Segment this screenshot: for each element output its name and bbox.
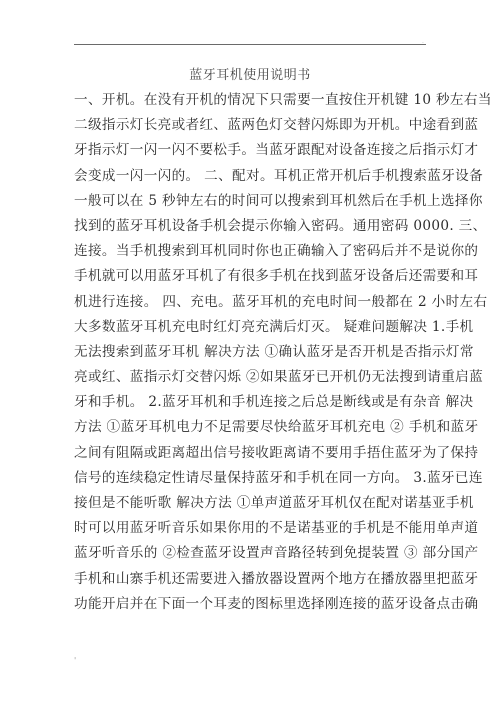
text-line: 信号的连续稳定性请尽量保持蓝牙和手机在同一方向。 3.蓝牙已连 [74, 466, 430, 491]
footer-mark: ' [74, 656, 76, 665]
text-line: 大多数蓝牙耳机充电时红灯亮充满后灯灭。 疑难问题解决 1.手机 [74, 315, 430, 340]
text-line: 时可以用蓝牙听音乐如果你用的不是诺基亚的手机是不能用单声道 [74, 516, 430, 541]
text-line: 方法 ①蓝牙耳机电力不足需要尽快给蓝牙耳机充电 ② 手机和蓝牙 [74, 415, 430, 440]
document-body: 一、开机。在没有开机的情况下只需要一直按住开机键 10 秒左右当 二级指示灯长亮… [74, 88, 430, 617]
text-line: 机进行连接。 四、充电。蓝牙耳机的充电时间一般都在 2 小时左右 [74, 290, 430, 315]
text-line: 一、开机。在没有开机的情况下只需要一直按住开机键 10 秒左右当 [74, 88, 430, 113]
header-mark: . [422, 38, 424, 45]
text-line: 无法搜索到蓝牙耳机 解决方法 ①确认蓝牙是否开机是否指示灯常 [74, 340, 430, 365]
text-line: 会变成一闪一闪的。 二、配对。耳机正常开机后手机搜索蓝牙设备 [74, 164, 430, 189]
text-line: 牙指示灯一闪一闪不要松手。当蓝牙跟配对设备连接之后指示灯才 [74, 138, 430, 163]
text-line: 亮或红、蓝指示灯交替闪烁 ②如果蓝牙已开机仍无法搜到请重启蓝 [74, 365, 430, 390]
text-line: 二级指示灯长亮或者红、蓝两色灯交替闪烁即为开机。中途看到蓝 [74, 113, 430, 138]
text-line: 牙和手机。 2.蓝牙耳机和手机连接之后总是断线或是有杂音 解决 [74, 390, 430, 415]
text-line: 接但是不能听歌 解决方法 ①单声道蓝牙耳机仅在配对诺基亚手机 [74, 491, 430, 516]
document-title: 蓝牙耳机使用说明书 [0, 64, 500, 83]
text-line: 找到的蓝牙耳机设备手机会提示你输入密码。通用密码 0000. 三、 [74, 214, 430, 239]
text-line: 功能开启并在下面一个耳麦的图标里选择刚连接的蓝牙设备点击确 [74, 592, 430, 617]
text-line: 手机就可以用蓝牙耳机了有很多手机在找到蓝牙设备后还需要和耳 [74, 264, 430, 289]
text-line: 之间有阻隔或距离超出信号接收距离请不要用手捂住蓝牙为了保持 [74, 441, 430, 466]
header-rule [74, 44, 426, 45]
text-line: 蓝牙听音乐的 ②检查蓝牙设置声音路径转到免提装置 ③ 部分国产 [74, 541, 430, 566]
text-line: 手机和山寨手机还需要进入播放器设置两个地方在播放器里把蓝牙 [74, 567, 430, 592]
text-line: 连接。当手机搜索到耳机同时你也正确输入了密码后并不是说你的 [74, 239, 430, 264]
text-line: 一般可以在 5 秒钟左右的时间可以搜索到耳机然后在手机上选择你 [74, 189, 430, 214]
